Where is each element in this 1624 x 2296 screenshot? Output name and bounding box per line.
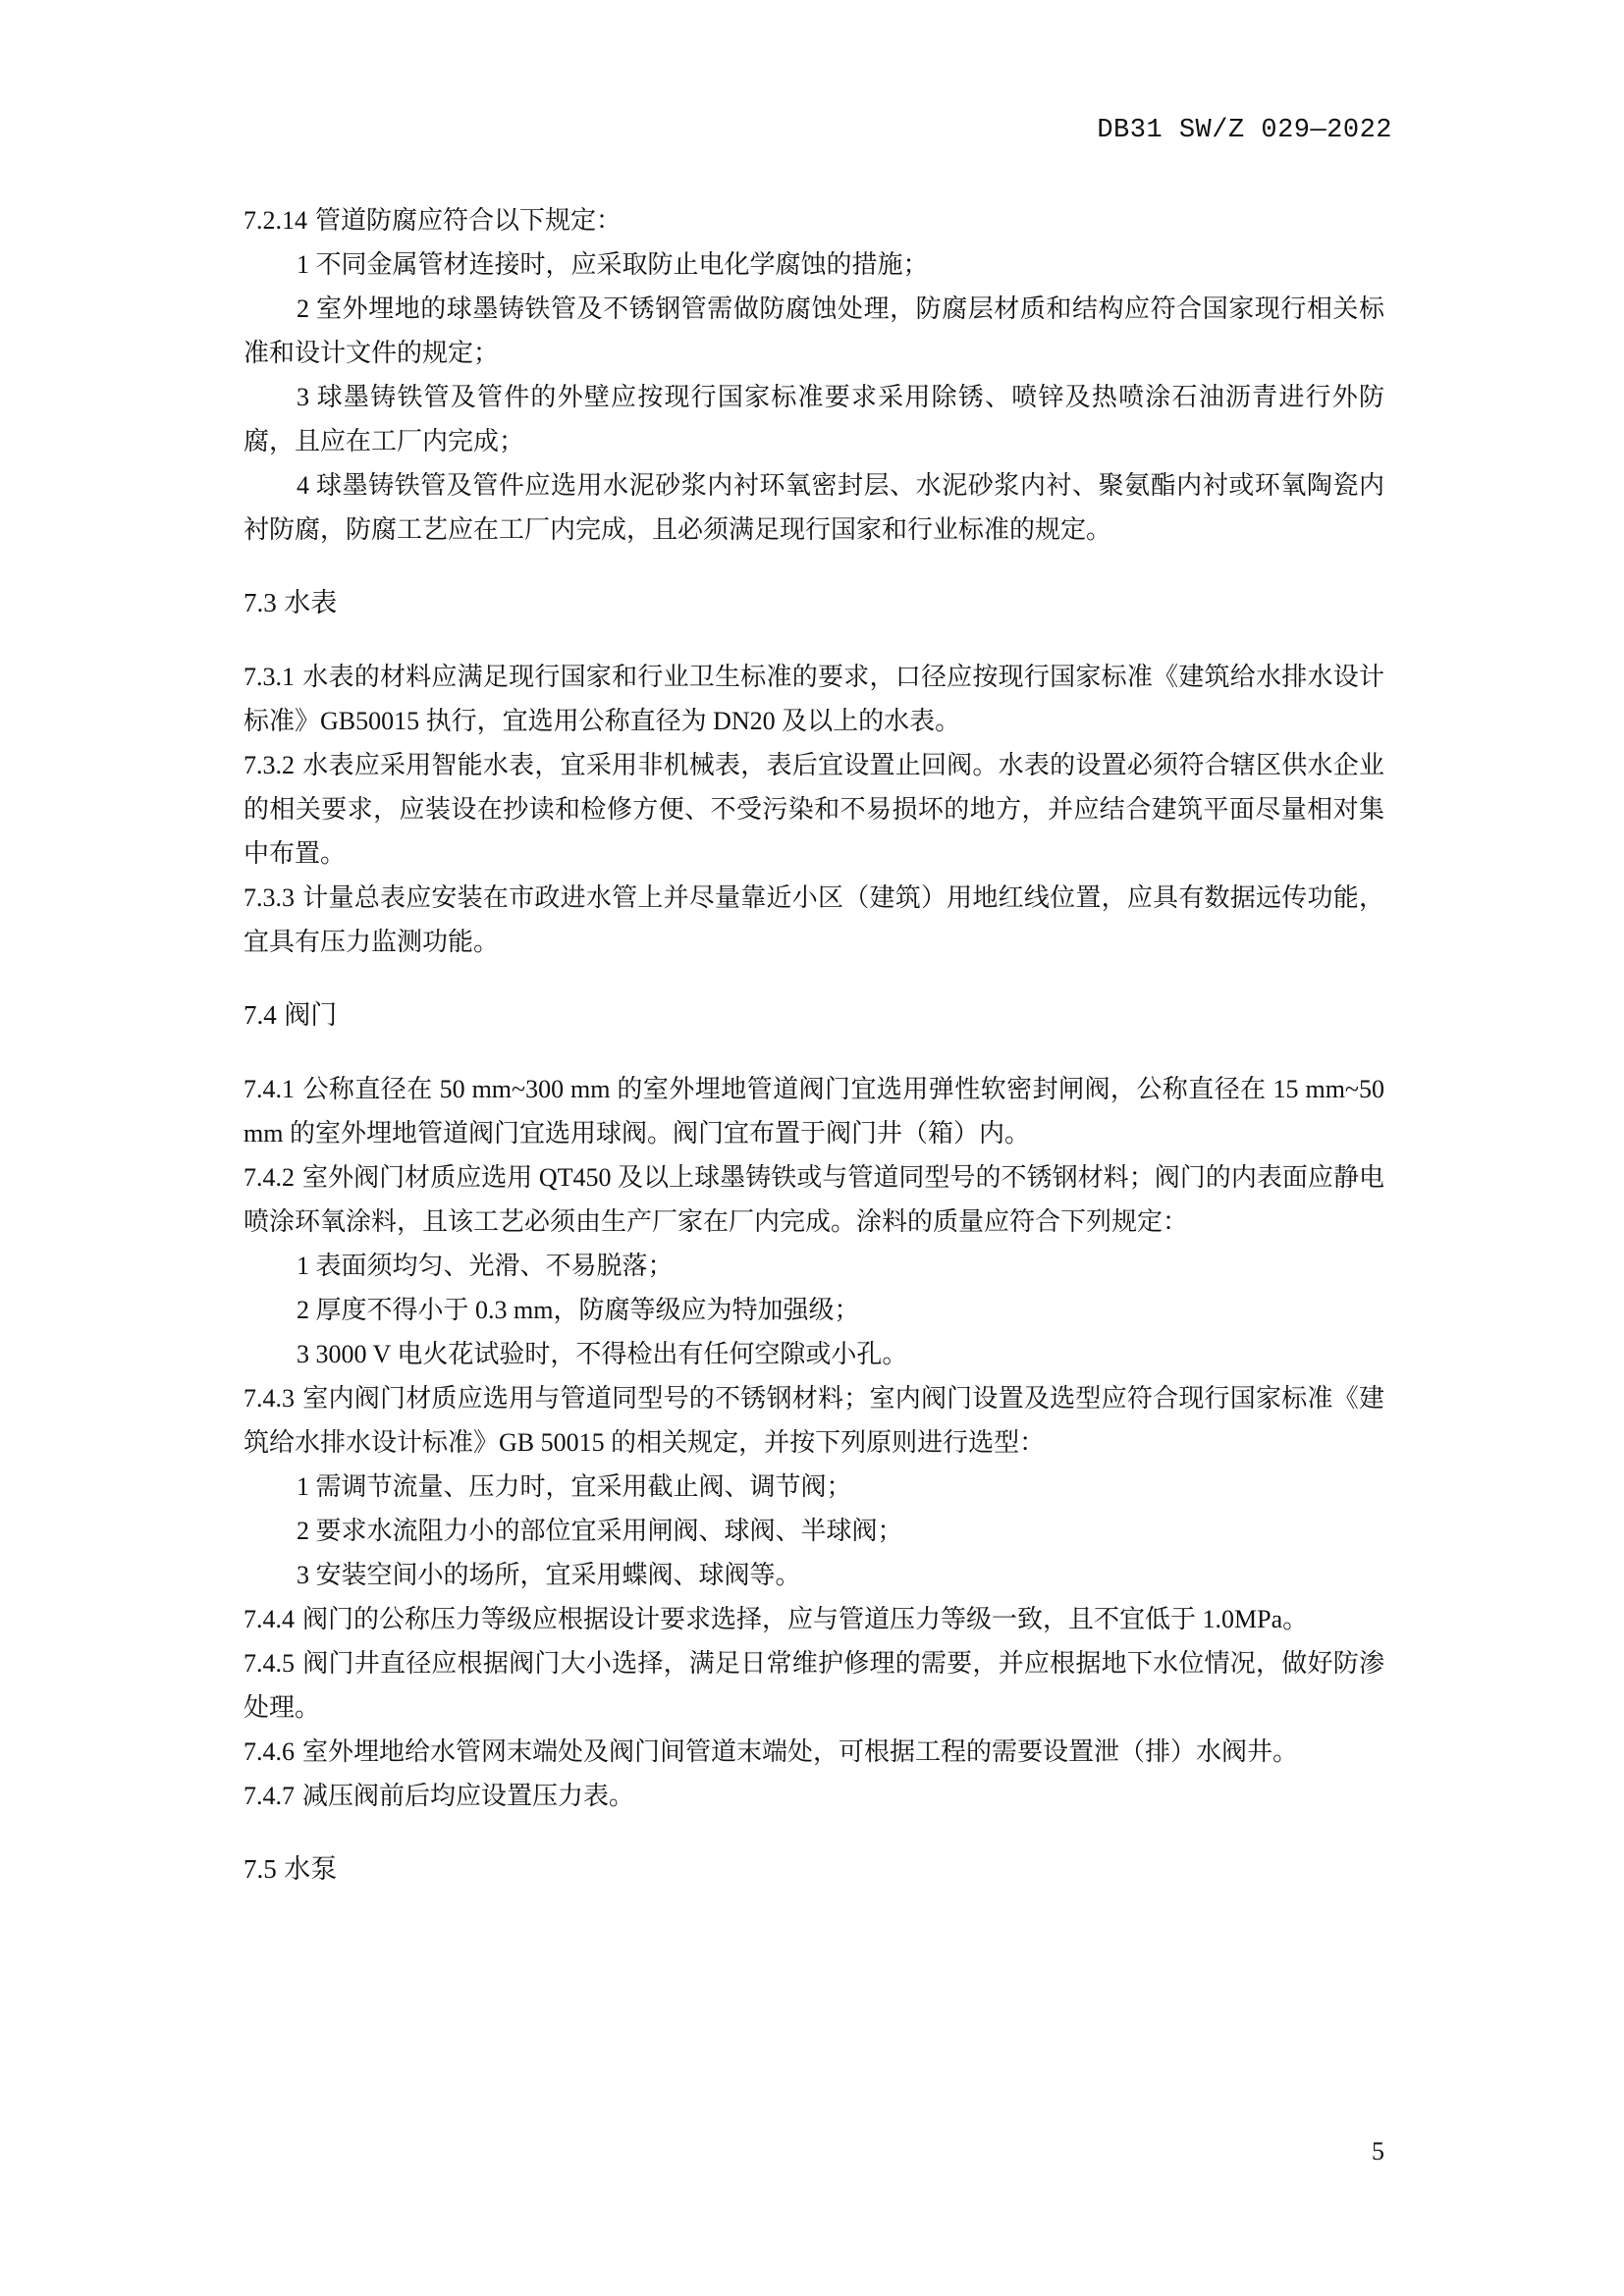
list-item: 2 厚度不得小于 0.3 mm，防腐等级应为特加强级； [244,1288,1384,1332]
clause-7-4-6: 7.4.6室外埋地给水管网末端处及阀门间管道末端处，可根据工程的需要设置泄（排）… [244,1730,1384,1774]
section-number: 7.5 [244,1854,277,1884]
clause-number: 7.4.7 [244,1782,295,1810]
section-title: 阀门 [284,1000,337,1030]
section-number: 7.4 [244,1000,277,1030]
clause-number: 7.2.14 [244,206,307,235]
clause-text: 减压阀前后均应设置压力表。 [302,1782,634,1810]
section-heading-7-5: 7.5 水泵 [244,1847,1384,1892]
list-item: 2 室外埋地的球墨铸铁管及不锈钢管需做防腐蚀处理，防腐层材质和结构应符合国家现行… [244,287,1384,375]
section-title: 水表 [284,588,337,617]
list-item: 1 不同金属管材连接时，应采取防止电化学腐蚀的措施； [244,242,1384,287]
document-code-header: DB31 SW/Z 029—2022 [1097,116,1392,145]
clause-text: 室外埋地给水管网末端处及阀门间管道末端处，可根据工程的需要设置泄（排）水阀井。 [302,1737,1298,1766]
clause-7-4-7: 7.4.7减压阀前后均应设置压力表。 [244,1774,1384,1818]
clause-7-3-3: 7.3.3计量总表应安装在市政进水管上并尽量靠近小区（建筑）用地红线位置，应具有… [244,876,1384,964]
clause-text: 计量总表应安装在市政进水管上并尽量靠近小区（建筑）用地红线位置，应具有数据远传功… [244,883,1384,956]
clause-text: 室内阀门材质应选用与管道同型号的不锈钢材料；室内阀门设置及选型应符合现行国家标准… [244,1384,1384,1457]
list-item: 1 需调节流量、压力时，宜采用截止阀、调节阀； [244,1465,1384,1509]
clause-text: 水表的材料应满足现行国家和行业卫生标准的要求，口径应按现行国家标准《建筑给水排水… [244,663,1384,735]
clause-number: 7.3.1 [244,663,295,691]
clause-text: 阀门的公称压力等级应根据设计要求选择，应与管道压力等级一致，且不宜低于 1.0M… [302,1605,1308,1633]
list-item: 4 球墨铸铁管及管件应选用水泥砂浆内衬环氧密封层、水泥砂浆内衬、聚氨酯内衬或环氧… [244,463,1384,552]
list-item: 3 3000 V 电火花试验时，不得检出有任何空隙或小孔。 [244,1332,1384,1376]
clause-number: 7.4.2 [244,1163,295,1192]
clause-7-4-3: 7.4.3室内阀门材质应选用与管道同型号的不锈钢材料；室内阀门设置及选型应符合现… [244,1376,1384,1465]
clause-number: 7.4.4 [244,1605,295,1633]
list-item: 2 要求水流阻力小的部位宜采用闸阀、球阀、半球阀； [244,1509,1384,1553]
list-item: 1 表面须均匀、光滑、不易脱落； [244,1244,1384,1288]
section-heading-7-4: 7.4 阀门 [244,993,1384,1038]
clause-number: 7.4.1 [244,1075,295,1103]
clause-number: 7.3.3 [244,883,295,912]
page-number: 5 [1372,2137,1384,2166]
clause-number: 7.4.3 [244,1384,295,1413]
section-number: 7.3 [244,588,277,617]
clause-number: 7.4.6 [244,1737,295,1766]
clause-number: 7.3.2 [244,751,295,779]
clause-text: 阀门井直径应根据阀门大小选择，满足日常维护修理的需要，并应根据地下水位情况，做好… [244,1649,1384,1722]
clause-7-4-1: 7.4.1公称直径在 50 mm~300 mm 的室外埋地管道阀门宜选用弹性软密… [244,1067,1384,1155]
section-heading-7-3: 7.3 水表 [244,581,1384,625]
section-title: 水泵 [284,1854,337,1884]
clause-text: 水表应采用智能水表，宜采用非机械表，表后宜设置止回阀。水表的设置必须符合辖区供水… [244,751,1384,868]
list-item: 3 球墨铸铁管及管件的外壁应按现行国家标准要求采用除锈、喷锌及热喷涂石油沥青进行… [244,375,1384,463]
clause-7-4-2: 7.4.2室外阀门材质应选用 QT450 及以上球墨铸铁或与管道同型号的不锈钢材… [244,1155,1384,1244]
clause-7-3-1: 7.3.1水表的材料应满足现行国家和行业卫生标准的要求，口径应按现行国家标准《建… [244,655,1384,743]
clause-text: 公称直径在 50 mm~300 mm 的室外埋地管道阀门宜选用弹性软密封闸阀，公… [244,1075,1384,1148]
clause-7-4-5: 7.4.5阀门井直径应根据阀门大小选择，满足日常维护修理的需要，并应根据地下水位… [244,1641,1384,1730]
clause-7-4-4: 7.4.4阀门的公称压力等级应根据设计要求选择，应与管道压力等级一致，且不宜低于… [244,1597,1384,1641]
clause-7-3-2: 7.3.2水表应采用智能水表，宜采用非机械表，表后宜设置止回阀。水表的设置必须符… [244,743,1384,876]
clause-text: 室外阀门材质应选用 QT450 及以上球墨铸铁或与管道同型号的不锈钢材料；阀门的… [244,1163,1384,1236]
list-item: 3 安装空间小的场所，宜采用蝶阀、球阀等。 [244,1553,1384,1597]
clause-7-2-14: 7.2.14管道防腐应符合以下规定： [244,198,1384,242]
page-body: 7.2.14管道防腐应符合以下规定： 1 不同金属管材连接时，应采取防止电化学腐… [244,198,1384,1921]
clause-number: 7.4.5 [244,1649,295,1678]
clause-text: 管道防腐应符合以下规定： [315,206,622,235]
